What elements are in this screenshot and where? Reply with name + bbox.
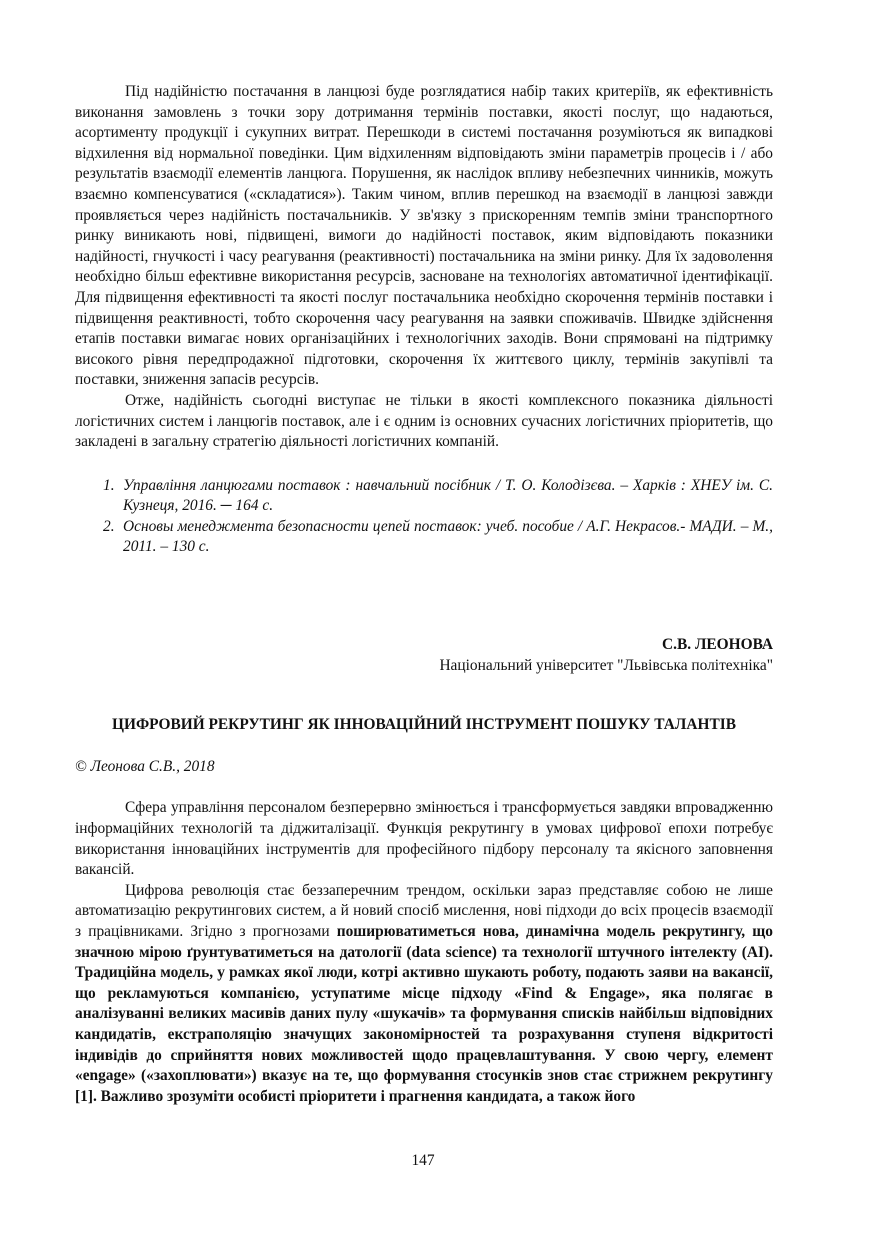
reference-item: 1. Управління ланцюгами поставок : навча… [123,476,773,517]
page-body: Під надійністю постачання в ланцюзі буде… [75,82,773,1107]
paragraph-digital-revolution: Цифрова революція стає беззаперечним тре… [75,881,773,1108]
paragraph-reliability: Під надійністю постачання в ланцюзі буде… [75,82,773,391]
article-title: ЦИФРОВИЙ РЕКРУТИНГ ЯК ІННОВАЦІЙНИЙ ІНСТР… [75,715,773,736]
page-number: 147 [0,1152,846,1170]
reference-number: 1. [103,476,115,497]
reference-text: Основы менеджмента безопасности цепей по… [123,518,773,556]
reference-text: Управління ланцюгами поставок : навчальн… [123,477,773,515]
author-name: С.В. ЛЕОНОВА [75,635,773,656]
author-affiliation: Національний університет "Львівська полі… [75,656,773,677]
reference-number: 2. [103,517,115,538]
reference-item: 2. Основы менеджмента безопасности цепей… [123,517,773,558]
author-block: С.В. ЛЕОНОВА Національний університет "Л… [75,635,773,676]
copyright-line: © Леонова С.В., 2018 [75,757,773,778]
reference-list: 1. Управління ланцюгами поставок : навча… [75,476,773,558]
paragraph-conclusion: Отже, надійність сьогодні виступає не ті… [75,391,773,453]
paragraph-bold-text: поширюватиметься нова, динамічна модель … [75,923,773,1105]
paragraph-intro: Сфера управління персоналом безперервно … [75,798,773,880]
